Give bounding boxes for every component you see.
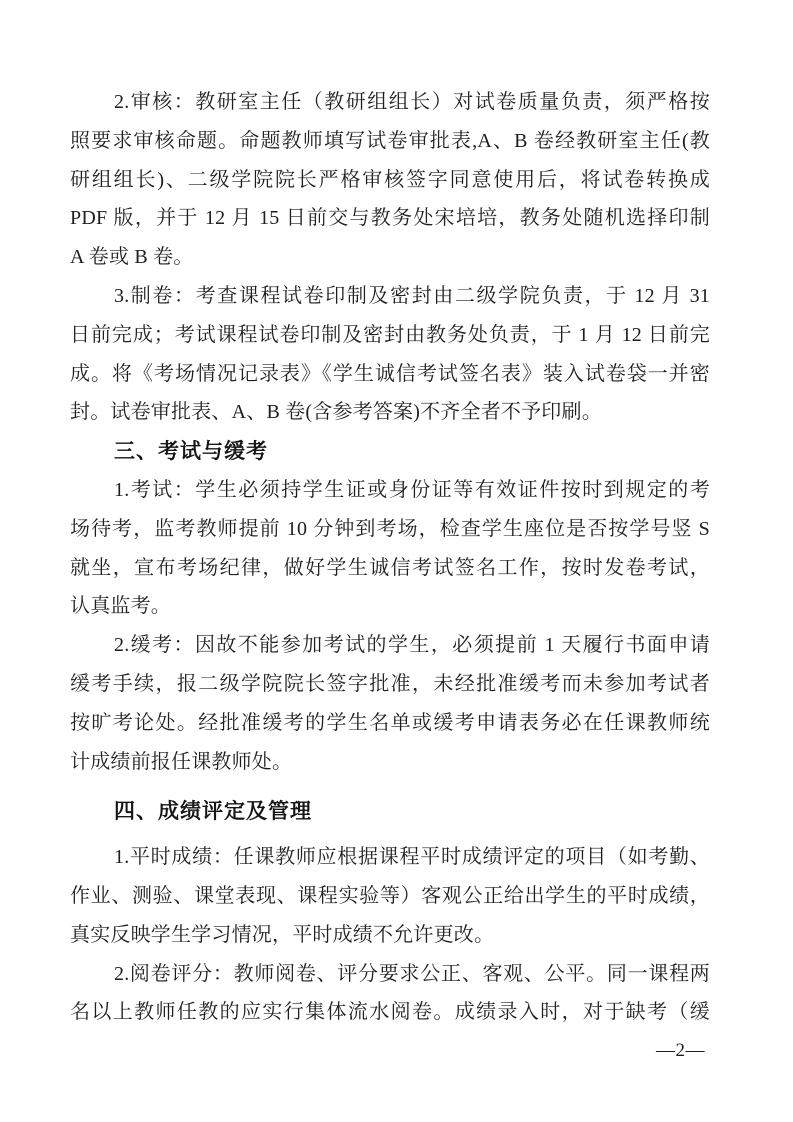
text-line: 1.考试：学生必须持学生证或身份证等有效证件按时到规定的考 (70, 471, 710, 510)
text-line: 3.制卷：考查课程试卷印制及密封由二级学院负责，于 12 月 31 (70, 277, 710, 316)
text-line: 日前完成；考试课程试卷印制及密封由教务处负责，于 1 月 12 日前完 (70, 316, 710, 355)
page-number: —2— (656, 1040, 705, 1062)
page-body: 2.审核：教研室主任（教研组组长）对试卷质量负责，须严格按 照要求审核命题。命题… (70, 83, 710, 1032)
section-heading-exam-deferral: 三、考试与缓考 (70, 432, 710, 471)
paragraph-huankao: 2.缓考：因故不能参加考试的学生，必须提前 1 天履行书面申请 缓考手续，报二级… (70, 626, 710, 781)
text-line: 封。试卷审批表、A、B 卷(含参考答案)不齐全者不予印刷。 (70, 393, 710, 432)
text-line: PDF 版，并于 12 月 15 日前交与教务处宋培培，教务处随机选择印制 (70, 199, 710, 238)
text-line: 真实反映学生学习情况，平时成绩不允许更改。 (70, 916, 710, 955)
paragraph-yuejuan-pingfen: 2.阅卷评分：教师阅卷、评分要求公正、客观、公平。同一课程两 名以上教师任教的应… (70, 955, 710, 1033)
text-line: 认真监考。 (70, 587, 710, 626)
text-line: 计成绩前报任课教师处。 (70, 743, 710, 782)
text-line: 2.审核：教研室主任（教研组组长）对试卷质量负责，须严格按 (70, 83, 710, 122)
document-page: 2.审核：教研室主任（教研组组长）对试卷质量负责，须严格按 照要求审核命题。命题… (0, 0, 793, 1122)
text-line: 名以上教师任教的应实行集体流水阅卷。成绩录入时，对于缺考（缓 (70, 993, 710, 1032)
paragraph-kaoshi: 1.考试：学生必须持学生证或身份证等有效证件按时到规定的考 场待考，监考教师提前… (70, 471, 710, 626)
text-line: 缓考手续，报二级学院院长签字批准，未经批准缓考而未参加考试者 (70, 665, 710, 704)
text-line: 1.平时成绩：任课教师应根据课程平时成绩评定的项目（如考勤、 (70, 838, 710, 877)
paragraph-pingshi-chengji: 1.平时成绩：任课教师应根据课程平时成绩评定的项目（如考勤、 作业、测验、课堂表… (70, 838, 710, 954)
text-line: 作业、测验、课堂表现、课程实验等）客观公正给出学生的平时成绩， (70, 877, 710, 916)
section-heading-grade-management: 四、成绩评定及管理 (70, 792, 710, 831)
paragraph-shenhe: 2.审核：教研室主任（教研组组长）对试卷质量负责，须严格按 照要求审核命题。命题… (70, 83, 710, 277)
text-line: 照要求审核命题。命题教师填写试卷审批表,A、B 卷经教研室主任(教 (70, 122, 710, 161)
text-line: 场待考，监考教师提前 10 分钟到考场，检查学生座位是否按学号竖 S (70, 510, 710, 549)
text-line: 研组组长)、二级学院院长严格审核签字同意使用后，将试卷转换成 (70, 161, 710, 200)
text-line: 成。将《考场情况记录表》《学生诚信考试签名表》装入试卷袋一并密 (70, 355, 710, 394)
paragraph-zhijuan: 3.制卷：考查课程试卷印制及密封由二级学院负责，于 12 月 31 日前完成；考… (70, 277, 710, 432)
text-line: A 卷或 B 卷。 (70, 238, 710, 277)
text-line: 2.缓考：因故不能参加考试的学生，必须提前 1 天履行书面申请 (70, 626, 710, 665)
text-line: 按旷考论处。经批准缓考的学生名单或缓考申请表务必在任课教师统 (70, 704, 710, 743)
text-line: 就坐，宣布考场纪律，做好学生诚信考试签名工作，按时发卷考试， (70, 549, 710, 588)
text-line: 2.阅卷评分：教师阅卷、评分要求公正、客观、公平。同一课程两 (70, 955, 710, 994)
